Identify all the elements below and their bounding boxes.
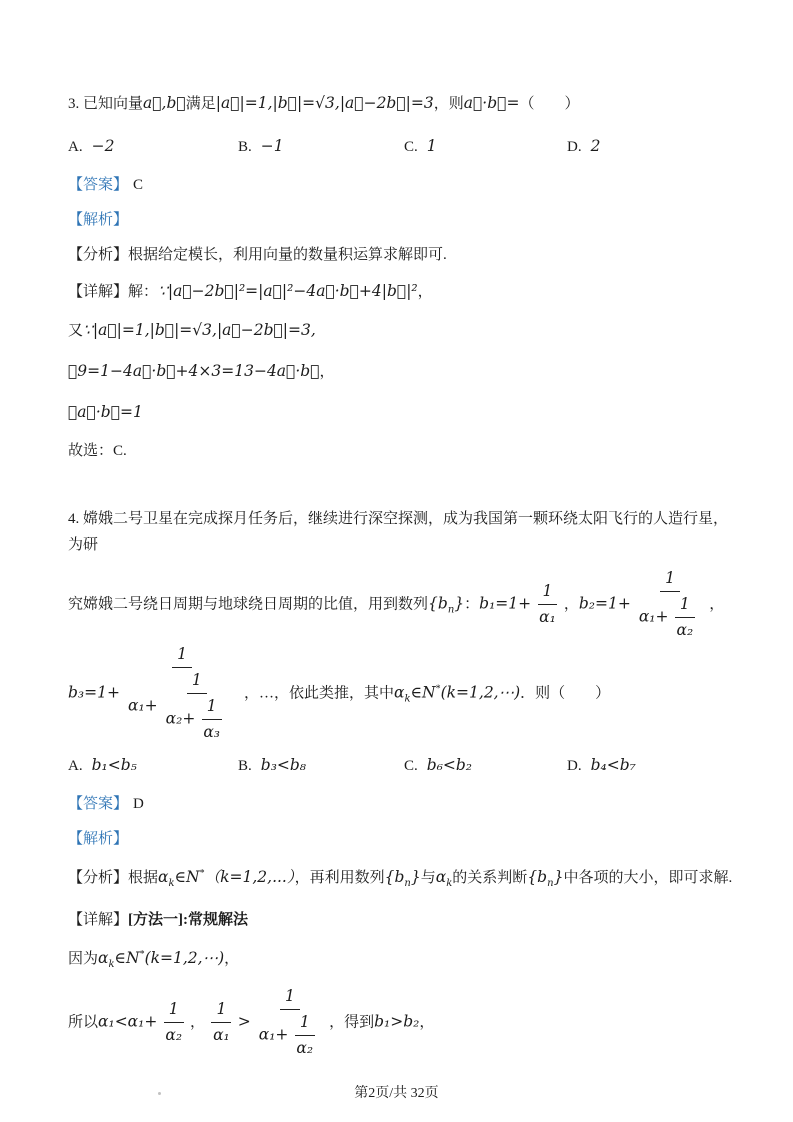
q3-xiangjie-line2: 又∵|a⃗|=1,|b⃗|=√3,|a⃗−2b⃗|=3, (68, 317, 737, 344)
text-run: 3. 已知向量 (68, 96, 143, 112)
fraction-numerator: 1 (280, 986, 300, 1010)
math-run: 1 (192, 671, 202, 689)
q4-stem-line1: 4. 嫦娥二号卫星在完成探月任务后，继续进行深空探测，成为我国第一颗环绕太阳飞行… (68, 506, 737, 558)
fraction: 1α₁ (208, 999, 235, 1047)
text-run: 根据 (128, 870, 158, 886)
fraction: 1α₁+1α₂+1α₃ (123, 644, 241, 744)
text-run: 根据给定模长，利用向量的数量积运算求解即可. (128, 247, 447, 263)
q4-option-c: C.b₆<b₂ (404, 752, 567, 779)
math-run: ∵|a⃗|=1,|b⃗|=√3,|a⃗−2b⃗|=3, (83, 321, 316, 339)
xiangjie-marker: 【详解】 (68, 912, 128, 928)
text-run: ， (419, 1014, 434, 1030)
math-run: } (554, 868, 564, 886)
text-run: 满足 (186, 96, 216, 112)
math-run: α₂ (296, 1039, 313, 1057)
option-value: b₁<b₅ (92, 758, 137, 774)
q4-fenxi-line: 【分析】根据αk∈N*（k=1,2,...），再利用数列{bn}与αk的关系判断… (68, 861, 737, 897)
text-run: ， (224, 951, 239, 967)
fraction: 1α₂ (160, 999, 187, 1047)
math-run: ∈N (175, 868, 200, 886)
fraction-numerator: 1 (295, 1012, 315, 1036)
fraction-denominator: α₁+1α₂ (634, 592, 706, 642)
text-run: （ ） (519, 96, 579, 112)
fraction: 1α₁ (534, 581, 561, 629)
q3-option-b: B.−1 (238, 133, 404, 160)
text-run: ， (709, 596, 724, 612)
option-value: b₄<b₇ (591, 758, 636, 774)
math-run: b₁=1+ (479, 594, 531, 612)
q3-xiangjie-line4: ∴a⃗·b⃗=1 (68, 399, 737, 426)
math-run: (k=1,2,⋯) (441, 683, 521, 701)
text-run: ，…，依此类推，其中 (244, 685, 394, 701)
option-label: C. (404, 758, 418, 774)
math-run: 1 (216, 1000, 226, 1018)
text-run: ，则 (434, 96, 464, 112)
fraction-denominator: α₁+1α₂+1α₃ (123, 668, 241, 744)
fraction: 1α₂ (291, 1012, 318, 1060)
math-run: α₂+ (166, 709, 196, 727)
fraction-numerator: 1 (164, 999, 184, 1023)
math-run: α (158, 868, 168, 886)
option-value: b₆<b₂ (427, 758, 472, 774)
text-run: ．则（ ） (520, 685, 610, 701)
math-run: ∈N (115, 949, 140, 967)
option-value: −2 (92, 139, 115, 155)
math-run: b₄<b₇ (591, 756, 636, 774)
text-run: ，再利用数列 (295, 870, 385, 886)
q3-answer-line: 【答案】C (68, 172, 737, 198)
q3-stem: 3. 已知向量a⃗,b⃗满足|a⃗|=1,|b⃗|=√3,|a⃗−2b⃗|=3，… (68, 90, 737, 117)
q4-jiexi-line: 【解析】 (68, 826, 737, 852)
fraction: 1α₁+1α₂ (254, 986, 326, 1060)
option-label: B. (238, 139, 252, 155)
fraction: 1α₁+1α₂ (634, 568, 706, 642)
math-run: 1 (543, 582, 553, 600)
math-run: −2 (92, 137, 115, 155)
text-run: 因为 (68, 951, 98, 967)
text-run: 解： (128, 284, 158, 300)
fraction: 1α₂ (672, 594, 699, 642)
jiexi-marker: 【解析】 (68, 831, 128, 847)
math-run: {b (385, 868, 405, 886)
text-run: ： (464, 596, 479, 612)
text-run: ， (418, 284, 433, 300)
q3-option-a: A.−2 (68, 133, 238, 160)
option-label: A. (68, 758, 83, 774)
math-run: α (436, 868, 446, 886)
q3-xiangjie-line3: ∴9=1−4a⃗·b⃗+4×3=13−4a⃗·b⃗， (68, 358, 737, 385)
q4-step-line2: 所以α₁<α₁+1α₂，1α₁>1α₁+1α₂，得到b₁>b₂， (68, 986, 737, 1060)
fraction-numerator: 1 (211, 999, 231, 1023)
text-run: 4. 嫦娥二号卫星在完成探月任务后，继续进行深空探测，成为我国第一颗环绕太阳飞行… (68, 511, 728, 553)
text-run: 所以 (68, 1014, 98, 1030)
math-run: (k=1,2,⋯) (145, 949, 225, 967)
fraction-numerator: 1 (538, 581, 558, 605)
text-run: 与 (421, 870, 436, 886)
fraction-denominator: α₂ (672, 618, 699, 642)
math-run: ∈N (411, 683, 436, 701)
q3-answer-value: C (133, 177, 143, 193)
math-run: α (394, 683, 404, 701)
text-run: 又 (68, 323, 83, 339)
fraction-numerator: 1 (172, 644, 192, 668)
fenxi-text: 根据给定模长，利用向量的数量积运算求解即可. (128, 247, 447, 263)
math-run: 1 (300, 1013, 310, 1031)
q3-option-d: D.2 (567, 133, 737, 160)
fenxi-text: 根据αk∈N*（k=1,2,...），再利用数列{bn}与αk的关系判断{bn}… (128, 870, 732, 886)
math-run: ∴9=1−4a⃗·b⃗+4×3=13−4a⃗·b⃗ (68, 362, 320, 380)
math-run: α₂ (165, 1026, 182, 1044)
text-run: ， (190, 1014, 205, 1030)
math-run: ∵|a⃗−2b⃗|²=|a⃗|²−4a⃗·b⃗+4|b⃗|² (158, 282, 418, 300)
q3-jiexi-line: 【解析】 (68, 207, 737, 233)
math-run: a⃗,b⃗ (143, 94, 186, 112)
fraction-denominator: α₁ (534, 605, 561, 629)
page-content: 3. 已知向量a⃗,b⃗满足|a⃗|=1,|b⃗|=√3,|a⃗−2b⃗|=3，… (68, 90, 737, 1060)
math-run: |a⃗|=1,|b⃗|=√3,|a⃗−2b⃗|=3 (216, 94, 434, 112)
fraction-denominator: α₂ (291, 1036, 318, 1060)
text-run: ， (564, 596, 579, 612)
page-footer: 第2页/共 32页 (0, 1082, 793, 1102)
document-page: 3. 已知向量a⃗,b⃗满足|a⃗|=1,|b⃗|=√3,|a⃗−2b⃗|=3，… (0, 0, 793, 1122)
fraction-numerator: 1 (202, 696, 222, 720)
fraction-denominator: α₂ (160, 1023, 187, 1047)
q3-xiangjie-line1: 【详解】解：∵|a⃗−2b⃗|²=|a⃗|²−4a⃗·b⃗+4|b⃗|²， (68, 278, 737, 305)
math-run: b₁<b₅ (92, 756, 137, 774)
option-label: D. (567, 758, 582, 774)
math-run: } (454, 594, 464, 612)
math-run: 1 (285, 987, 295, 1005)
math-run: 1 (680, 595, 690, 613)
formula: 解：∵|a⃗−2b⃗|²=|a⃗|²−4a⃗·b⃗+4|b⃗|²， (128, 284, 433, 300)
text-run: 故选：C. (68, 443, 127, 459)
fenxi-marker: 【分析】 (68, 247, 128, 263)
fraction-denominator: α₁+1α₂ (254, 1010, 326, 1060)
math-run: α₁+ (259, 1025, 289, 1043)
fraction-numerator: 1 (660, 568, 680, 592)
text-run: 的关系判断 (452, 870, 527, 886)
option-value: −1 (261, 139, 284, 155)
math-run: α₂ (677, 621, 694, 639)
math-run: b₁>b₂ (374, 1012, 419, 1030)
fraction-denominator: α₁ (208, 1023, 235, 1047)
math-run: } (411, 868, 421, 886)
math-run: α₁ (213, 1026, 230, 1044)
option-value: 1 (427, 139, 437, 155)
text-run: ， (320, 364, 335, 380)
q4-answer-value: D (133, 796, 144, 812)
q4-option-d: D.b₄<b₇ (567, 752, 737, 779)
math-run: α₁+ (128, 696, 158, 714)
option-label: B. (238, 758, 252, 774)
text-run: 中各项的大小，即可求解. (563, 870, 732, 886)
option-label: C. (404, 139, 418, 155)
math-run: {b (428, 594, 448, 612)
xiangjie-marker: 【详解】 (68, 284, 128, 300)
math-run: ∴a⃗·b⃗=1 (68, 403, 143, 421)
q3-option-c: C.1 (404, 133, 567, 160)
math-run: > (238, 1012, 251, 1030)
q4-step-line1: 因为αk∈N*(k=1,2,⋯)， (68, 942, 737, 978)
math-run: α₁<α₁+ (98, 1012, 157, 1030)
option-label: A. (68, 139, 83, 155)
text-run: ，得到 (329, 1014, 374, 1030)
fraction-numerator: 1 (187, 670, 207, 694)
math-run: α (98, 949, 108, 967)
math-run: 1 (207, 697, 217, 715)
math-run: 1 (177, 645, 187, 663)
math-run: {b (527, 868, 547, 886)
math-run: b₂=1+ (579, 594, 631, 612)
fraction-denominator: α₃ (198, 720, 225, 744)
math-run: a⃗·b⃗= (464, 94, 520, 112)
math-run: b₃<b₈ (261, 756, 306, 774)
fenxi-marker: 【分析】 (68, 870, 128, 886)
option-label: D. (567, 139, 582, 155)
math-run: 1 (427, 137, 437, 155)
option-value: 2 (591, 139, 601, 155)
fraction: 1α₂+1α₃ (161, 670, 233, 744)
math-run: α₁ (539, 608, 556, 626)
math-run: −1 (261, 137, 284, 155)
math-run: 1 (665, 569, 675, 587)
q3-options-row: A.−2 B.−1 C.1 D.2 (68, 133, 737, 160)
text-run: 究嫦娥二号绕日周期与地球绕日周期的比值，用到数列 (68, 596, 428, 612)
math-run: 1 (169, 1000, 179, 1018)
q4-answer-line: 【答案】D (68, 791, 737, 817)
math-run: （k=1,2,...） (205, 868, 295, 886)
q4-option-a: A.b₁<b₅ (68, 752, 238, 779)
math-run: b₃=1+ (68, 683, 120, 701)
jiexi-marker: 【解析】 (68, 212, 128, 228)
answer-marker: 【答案】 (68, 177, 128, 193)
q4-xiangjie-line: 【详解】[方法一]:常规解法 (68, 907, 737, 933)
q4-stem-line3: b₃=1+1α₁+1α₂+1α₃，…，依此类推，其中αk∈N*(k=1,2,⋯)… (68, 644, 737, 744)
q4-option-b: B.b₃<b₈ (238, 752, 404, 779)
method-title: [方法一]:常规解法 (128, 912, 248, 928)
q3-conclusion: 故选：C. (68, 438, 737, 464)
math-run: b₆<b₂ (427, 756, 472, 774)
math-run: α₃ (203, 723, 220, 741)
q4-stem-line2: 究嫦娥二号绕日周期与地球绕日周期的比值，用到数列{bn}：b₁=1+1α₁，b₂… (68, 568, 737, 642)
fraction-numerator: 1 (675, 594, 695, 618)
answer-marker: 【答案】 (68, 796, 128, 812)
fraction: 1α₃ (198, 696, 225, 744)
fraction-denominator: α₂+1α₃ (161, 694, 233, 744)
math-run: α₁+ (639, 607, 669, 625)
math-run: 2 (591, 137, 601, 155)
option-value: b₃<b₈ (261, 758, 306, 774)
q4-options-row: A.b₁<b₅ B.b₃<b₈ C.b₆<b₂ D.b₄<b₇ (68, 752, 737, 779)
q3-fenxi-line: 【分析】根据给定模长，利用向量的数量积运算求解即可. (68, 242, 737, 268)
